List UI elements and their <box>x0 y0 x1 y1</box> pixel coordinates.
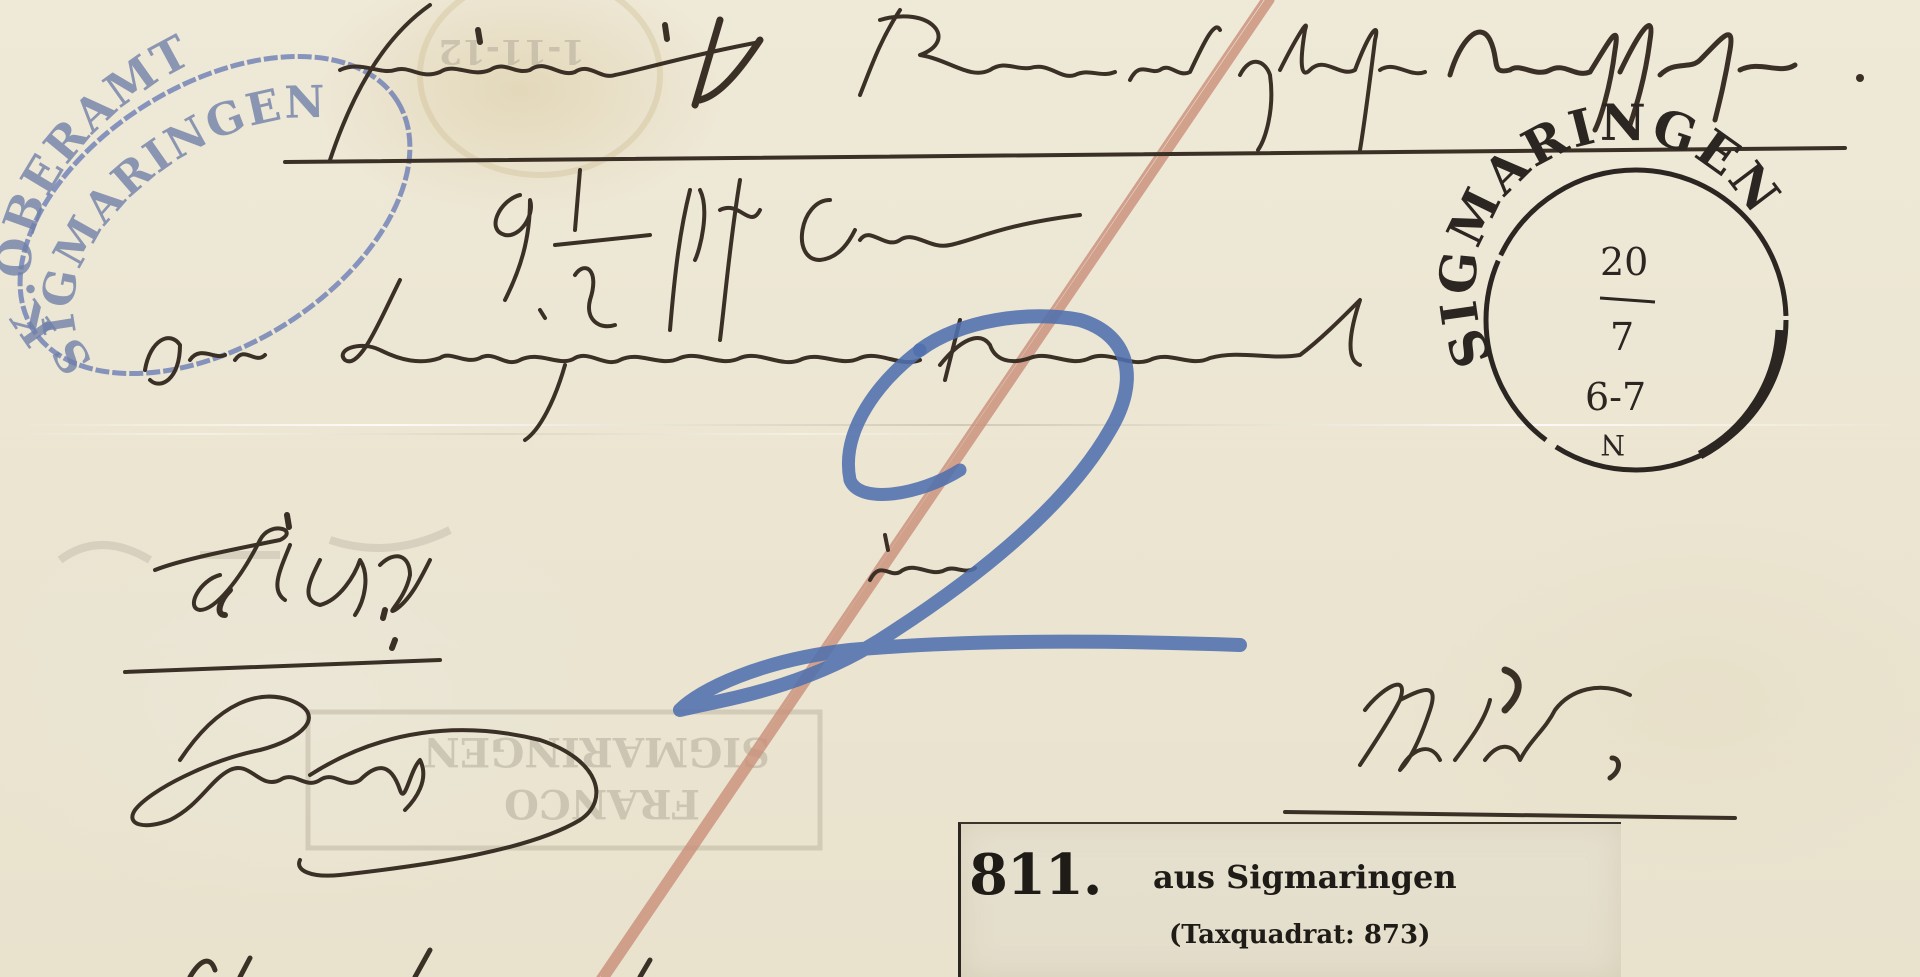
label-tax-square: (Taxquadrat: 873) <box>1169 920 1430 950</box>
cds-day: 20 <box>1600 240 1648 284</box>
label-origin: aus Sigmaringen <box>1153 858 1457 896</box>
cds-month: 7 <box>1610 315 1634 359</box>
printed-postal-label: 811. aus Sigmaringen (Taxquadrat: 873) <box>958 822 1621 977</box>
cds-suffix: N <box>1601 428 1626 461</box>
cds-hours: 6-7 <box>1585 375 1646 419</box>
postal-cover: 1-11-12 FRANCO SIGMARINGEN K.OBERAMT SIG… <box>0 0 1920 977</box>
label-number: 811. <box>969 842 1101 908</box>
